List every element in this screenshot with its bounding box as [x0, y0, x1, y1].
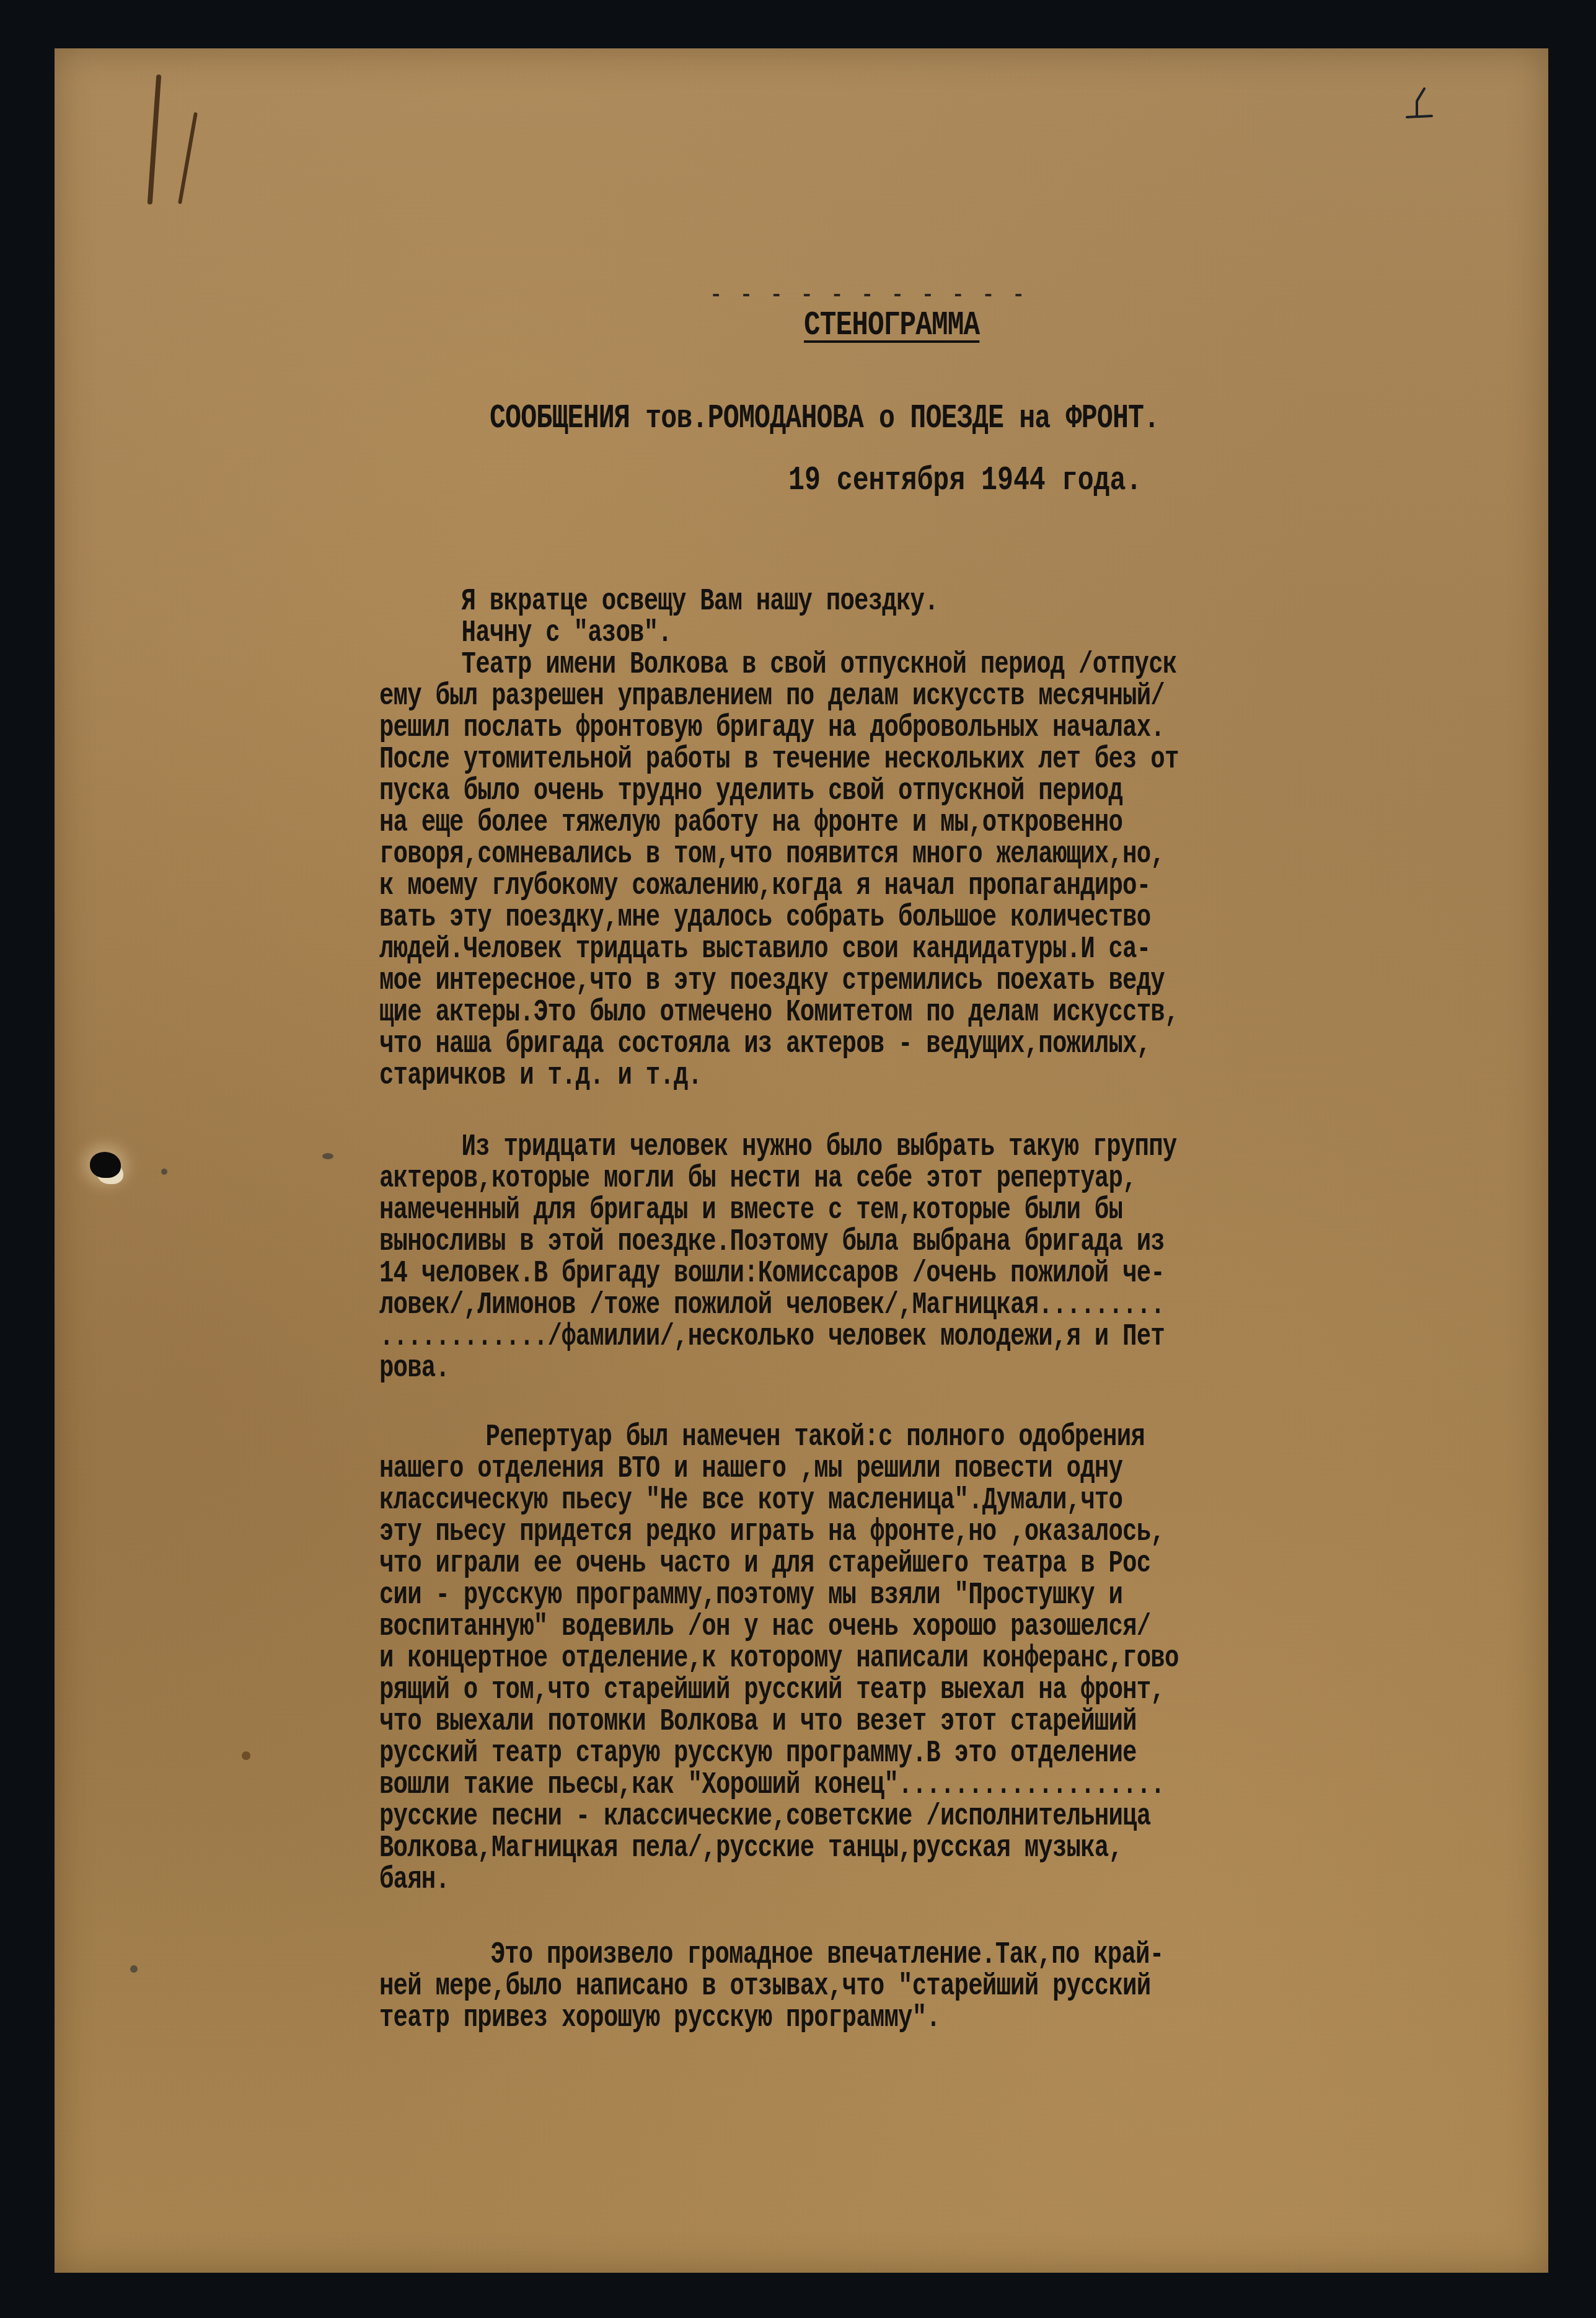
text-line: ............/фамилии/,несколько человек …: [379, 1321, 1298, 1353]
ink-stroke: [148, 74, 162, 205]
text-line: к моему глубокому сожалению,когда я нача…: [379, 870, 1298, 902]
text-line: мое интересное,что в эту поездку стремил…: [379, 965, 1298, 997]
text-line: вошли такие пьесы,как "Хороший конец"...…: [379, 1769, 1298, 1801]
text-line: Из тридцати человек нужно было выбрать т…: [379, 1131, 1298, 1163]
text-line: намеченный для бригады и вместе с тем,ко…: [379, 1195, 1298, 1226]
text-line: ловек/,Лимонов /тоже пожилой человек/,Ма…: [379, 1289, 1298, 1321]
paper-speck: [242, 1751, 250, 1760]
text-line: Театр имени Волкова в свой отпускной пер…: [379, 649, 1298, 681]
text-line: ней мере,было написано в отзывах,что "ст…: [379, 1971, 1298, 2002]
text-line: Это произвело громадное впечатление.Так,…: [379, 1939, 1298, 1971]
handwritten-page-number: [1395, 84, 1444, 127]
punch-hole: [90, 1152, 121, 1178]
ink-stroke: [178, 112, 198, 205]
handwritten-archive-strokes: [139, 56, 214, 205]
paper-speck: [161, 1169, 167, 1175]
text-line: говоря,сомневались в том,что появится мн…: [379, 839, 1298, 870]
text-line: русские песни - классические,советские /…: [379, 1801, 1298, 1833]
document-subtitle: СООБЩЕНИЯ тов.РОМОДАНОВА о ПОЕЗДЕ на ФРО…: [490, 400, 1159, 438]
text-line: актеров,которые могли бы нести на себе э…: [379, 1163, 1298, 1195]
text-line: рящий о том,что старейший русский театр …: [379, 1674, 1298, 1706]
paragraph-2: Из тридцати человек нужно было выбрать т…: [379, 1131, 1557, 1384]
text-line: пуска было очень трудно уделить свой отп…: [379, 776, 1298, 807]
text-line: что выехали потомки Волкова и что везет …: [379, 1706, 1298, 1738]
text-line: что играли ее очень часто и для старейше…: [379, 1548, 1298, 1580]
paragraph-3: Репертуар был намечен такой:с полного од…: [379, 1422, 1557, 1896]
text-line: людей.Человек тридцать выставило свои ка…: [379, 934, 1298, 965]
text-line: старичков и т.д. и т.д.: [379, 1060, 1298, 1092]
paper-speck: [322, 1153, 333, 1159]
text-line: выносливы в этой поездке.Поэтому была вы…: [379, 1226, 1298, 1258]
paragraph-4: Это произвело громадное впечатление.Так,…: [379, 1939, 1557, 2034]
text-line: театр привез хорошую русскую программу".: [379, 2002, 1298, 2034]
text-line: и концертное отделение,к которому написа…: [379, 1643, 1298, 1674]
text-line: ему был разрешен управлением по делам ис…: [379, 681, 1298, 712]
text-line: После утомительной работы в течение неск…: [379, 744, 1298, 776]
text-line: щие актеры.Это было отмечено Комитетом п…: [379, 997, 1298, 1029]
text-line: эту пьесу придется редко играть на фронт…: [379, 1516, 1298, 1548]
text-line: нашего отделения ВТО и нашего ,мы решили…: [379, 1453, 1298, 1485]
text-line: решил послать фронтовую бригаду на добро…: [379, 712, 1298, 744]
text-line: 14 человек.В бригаду вошли:Комиссаров /о…: [379, 1258, 1298, 1289]
text-line: что наша бригада состояла из актеров - в…: [379, 1029, 1298, 1060]
text-line: баян.: [379, 1864, 1298, 1896]
text-line: вать эту поездку,мне удалось собрать бол…: [379, 902, 1298, 934]
text-line: русский театр старую русскую программу.В…: [379, 1738, 1298, 1769]
paragraph-1: Я вкратце освещу Вам нашу поездку. Начну…: [379, 586, 1557, 1092]
text-line: воспитанную" водевиль /он у нас очень хо…: [379, 1611, 1298, 1643]
text-line: сии - русскую программу,поэтому мы взяли…: [379, 1580, 1298, 1611]
text-line: Репертуар был намечен такой:с полного од…: [379, 1422, 1298, 1453]
document-title: СТЕНОГРАММА: [804, 307, 979, 345]
paper-speck: [130, 1965, 138, 1973]
text-line: на еще более тяжелую работу на фронте и …: [379, 807, 1298, 839]
text-line: классическую пьесу "Не все коту маслениц…: [379, 1485, 1298, 1516]
text-line: рова.: [379, 1353, 1298, 1384]
text-line: Начну с "азов".: [379, 617, 1298, 649]
document-body: Я вкратце освещу Вам нашу поездку. Начну…: [379, 586, 1557, 2071]
separator-line: - - - - - - - - - - -: [710, 284, 1027, 307]
document-date: 19 сентября 1944 года.: [788, 462, 1142, 500]
text-line: Я вкратце освещу Вам нашу поездку.: [379, 586, 1298, 617]
text-line: Волкова,Магницкая пела/,русские танцы,ру…: [379, 1833, 1298, 1864]
